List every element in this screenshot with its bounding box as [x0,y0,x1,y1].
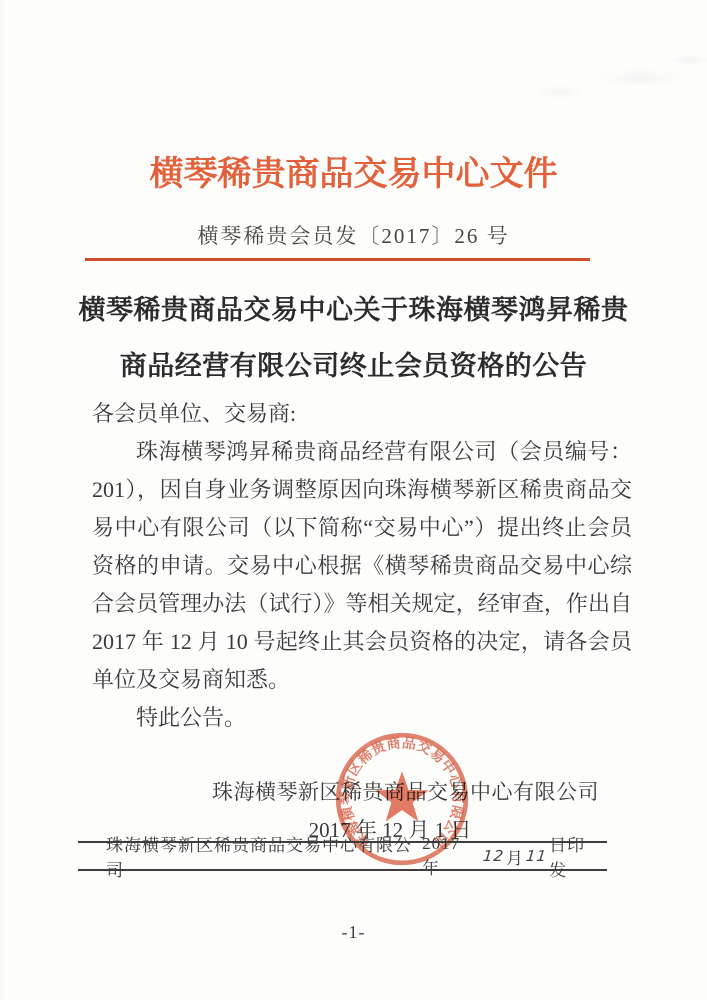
red-separator-rule [85,258,590,261]
page-number: -1- [0,922,707,943]
print-date-day-handwritten: 11 [523,847,550,865]
footer-issuer: 珠海横琴新区稀贵商品交易中心有限公司 [106,831,422,881]
footer-print-date: 2017 年 12 月 11 日印发 [422,831,601,881]
doc-number: 横琴稀贵会员发〔2017〕26 号 [0,220,707,250]
body-text: 各会员单位、交易商: 珠海横琴鸿昇稀贵商品经营有限公司（会员编号：201），因自… [92,395,632,737]
signature-company: 珠海横琴新区稀贵商品交易中心有限公司 [212,776,632,806]
salutation: 各会员单位、交易商: [92,395,632,433]
print-date-month-handwritten: 12 [480,847,507,865]
document-page: 横琴稀贵商品交易中心文件 横琴稀贵会员发〔2017〕26 号 横琴稀贵商品交易中… [0,0,707,1000]
letterhead-title: 横琴稀贵商品交易中心文件 [0,146,707,195]
announcement-title-line2: 商品经营有限公司终止会员资格的公告 [40,338,667,394]
announcement-title: 横琴稀贵商品交易中心关于珠海横琴鸿昇稀贵 商品经营有限公司终止会员资格的公告 [40,282,667,394]
footer-row: 珠海横琴新区稀贵商品交易中心有限公司 2017 年 12 月 11 日印发 [78,843,607,869]
closing-line: 特此公告。 [92,699,632,737]
body-paragraph: 珠海横琴鸿昇稀贵商品经营有限公司（会员编号：201），因自身业务调整原因向珠海横… [92,433,632,699]
print-date-year: 2017 年 [422,834,481,879]
print-date-suffix: 日印发 [549,831,601,881]
print-date-month-label: 月 [506,844,524,869]
announcement-title-line1: 横琴稀贵商品交易中心关于珠海横琴鸿昇稀贵 [40,282,667,338]
footer-bottom-rule [78,869,607,871]
